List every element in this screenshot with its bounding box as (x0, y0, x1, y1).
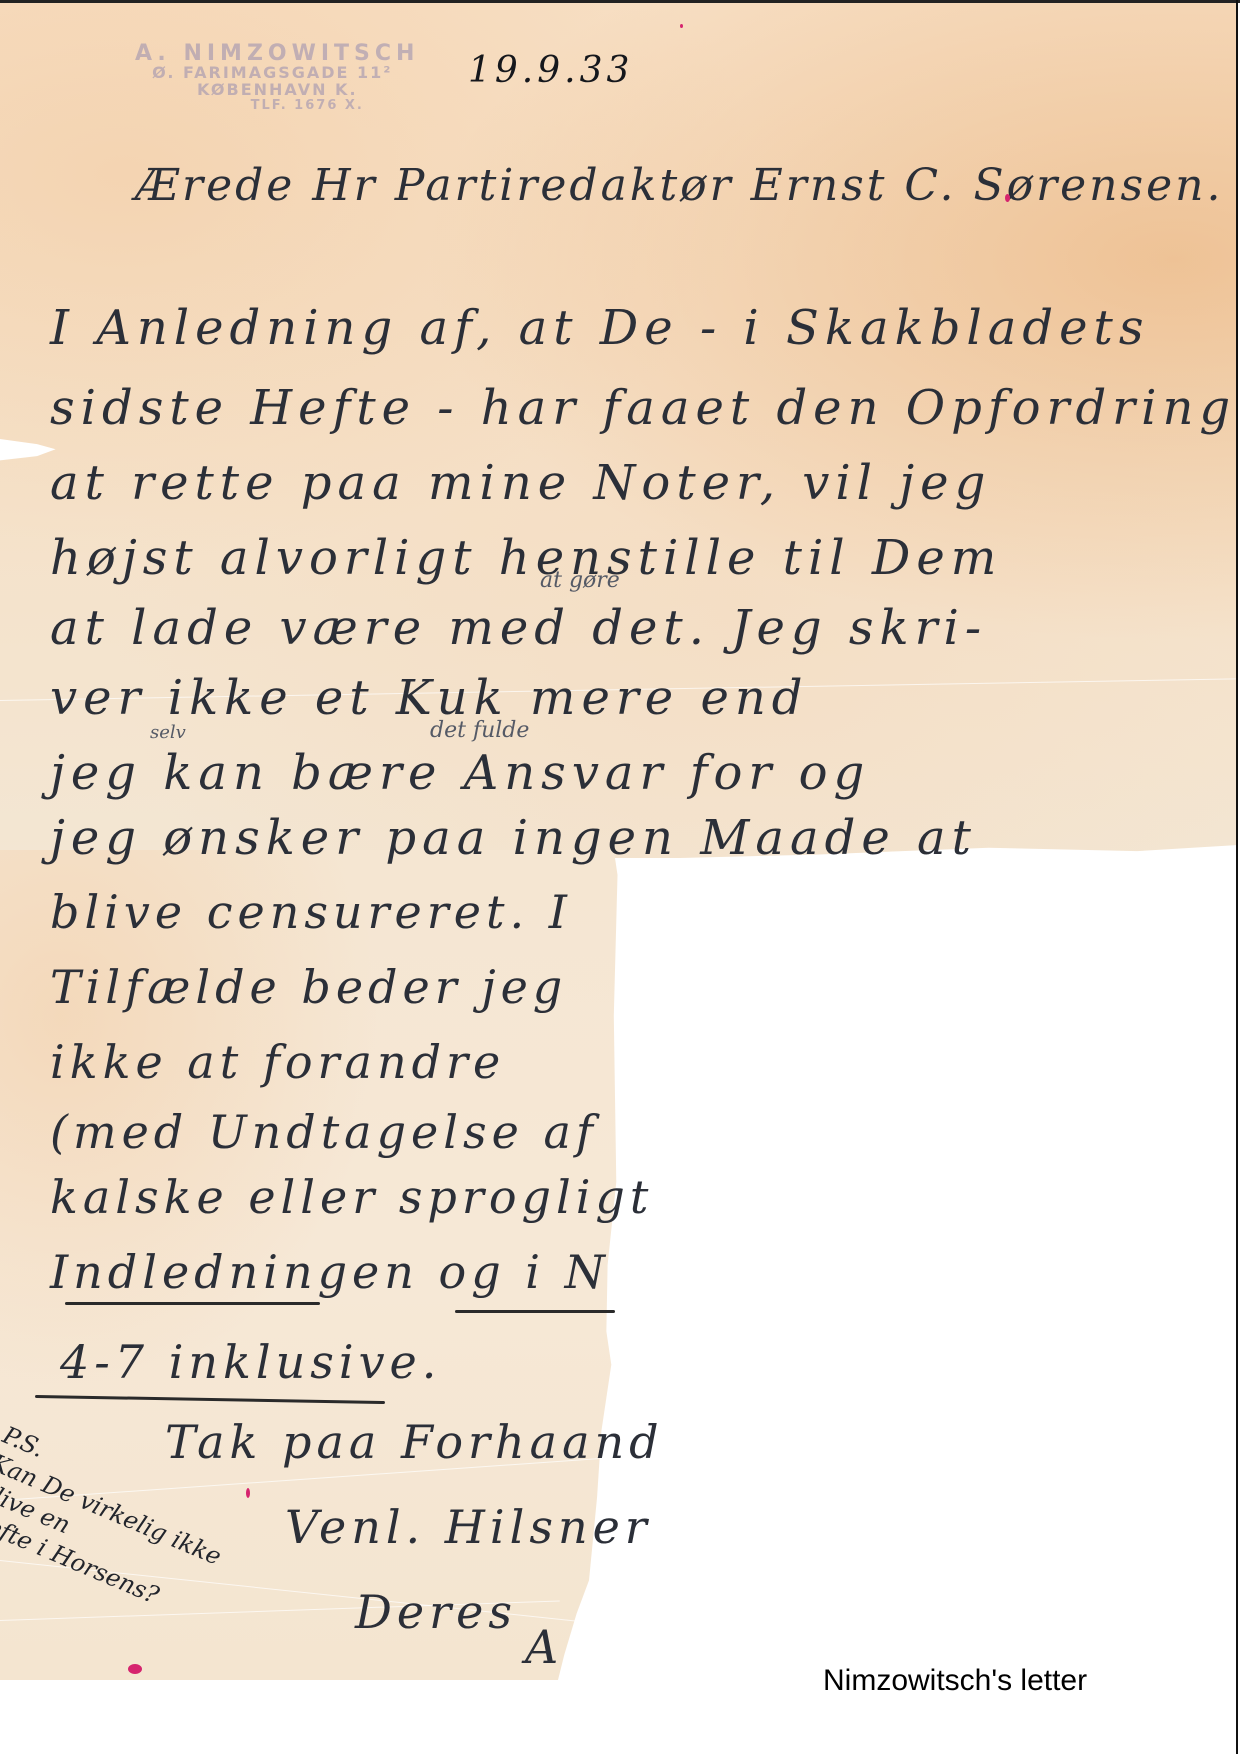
signature-initial: A (525, 1620, 563, 1674)
body-line-2: sidste Hefte - har faaet den Opfordring (50, 380, 1236, 436)
insertion-det-fulde: det fulde (430, 718, 529, 743)
closing-deres: Deres (355, 1585, 517, 1639)
scan-border-right (1236, 0, 1238, 1754)
pink-ink-mark (128, 1664, 142, 1674)
body-line-7: jeg kan bære Ansvar for og (50, 745, 870, 801)
body-line-15: 4-7 inklusive. (60, 1335, 441, 1389)
body-line-3: at rette paa mine Noter, vil jeg (50, 455, 991, 511)
insertion-selv: selv (150, 722, 186, 743)
closing-greeting: Venl. Hilsner (285, 1500, 652, 1554)
stamp-city: KØBENHAVN K. (135, 82, 419, 99)
scan-border-top (0, 0, 1240, 3)
body-line-12: (med Undtagelse af (50, 1105, 598, 1159)
salutation: Ærede Hr Partiredaktør Ernst C. Sørensen… (135, 160, 1223, 211)
pink-ink-mark (680, 24, 683, 28)
insertion-at-gore: at gøre (540, 568, 620, 593)
closing-thanks: Tak paa Forhaand (165, 1415, 664, 1469)
underline-og-i (455, 1310, 615, 1313)
body-line-8: jeg ønsker paa ingen Maade at (50, 810, 977, 866)
body-line-5: at lade være med det. Jeg skri- (50, 600, 987, 656)
stamp-name: A. NIMZOWITSCH (135, 42, 419, 65)
image-caption: Nimzowitsch's letter (823, 1664, 1087, 1698)
body-line-9: blive censureret. I (50, 885, 572, 939)
body-line-10: Tilfælde beder jeg (50, 960, 567, 1014)
body-line-11: ikke at forandre (50, 1035, 505, 1089)
address-stamp: A. NIMZOWITSCH Ø. FARIMAGSGADE 11² KØBEN… (135, 42, 419, 112)
letter-date: 19.9.33 (468, 50, 633, 91)
pink-ink-mark (246, 1488, 250, 1498)
underline-indledningen (65, 1302, 320, 1305)
body-line-1: I Anledning af, at De - i Skakbladets (50, 300, 1149, 356)
stamp-phone: TLF. 1676 X. (195, 99, 419, 113)
body-line-13: kalske eller sprogligt (50, 1170, 653, 1224)
body-line-4: højst alvorligt henstille til Dem (50, 530, 1002, 586)
pink-ink-mark (1005, 194, 1010, 202)
body-line-14: Indledningen og i N (50, 1245, 610, 1299)
